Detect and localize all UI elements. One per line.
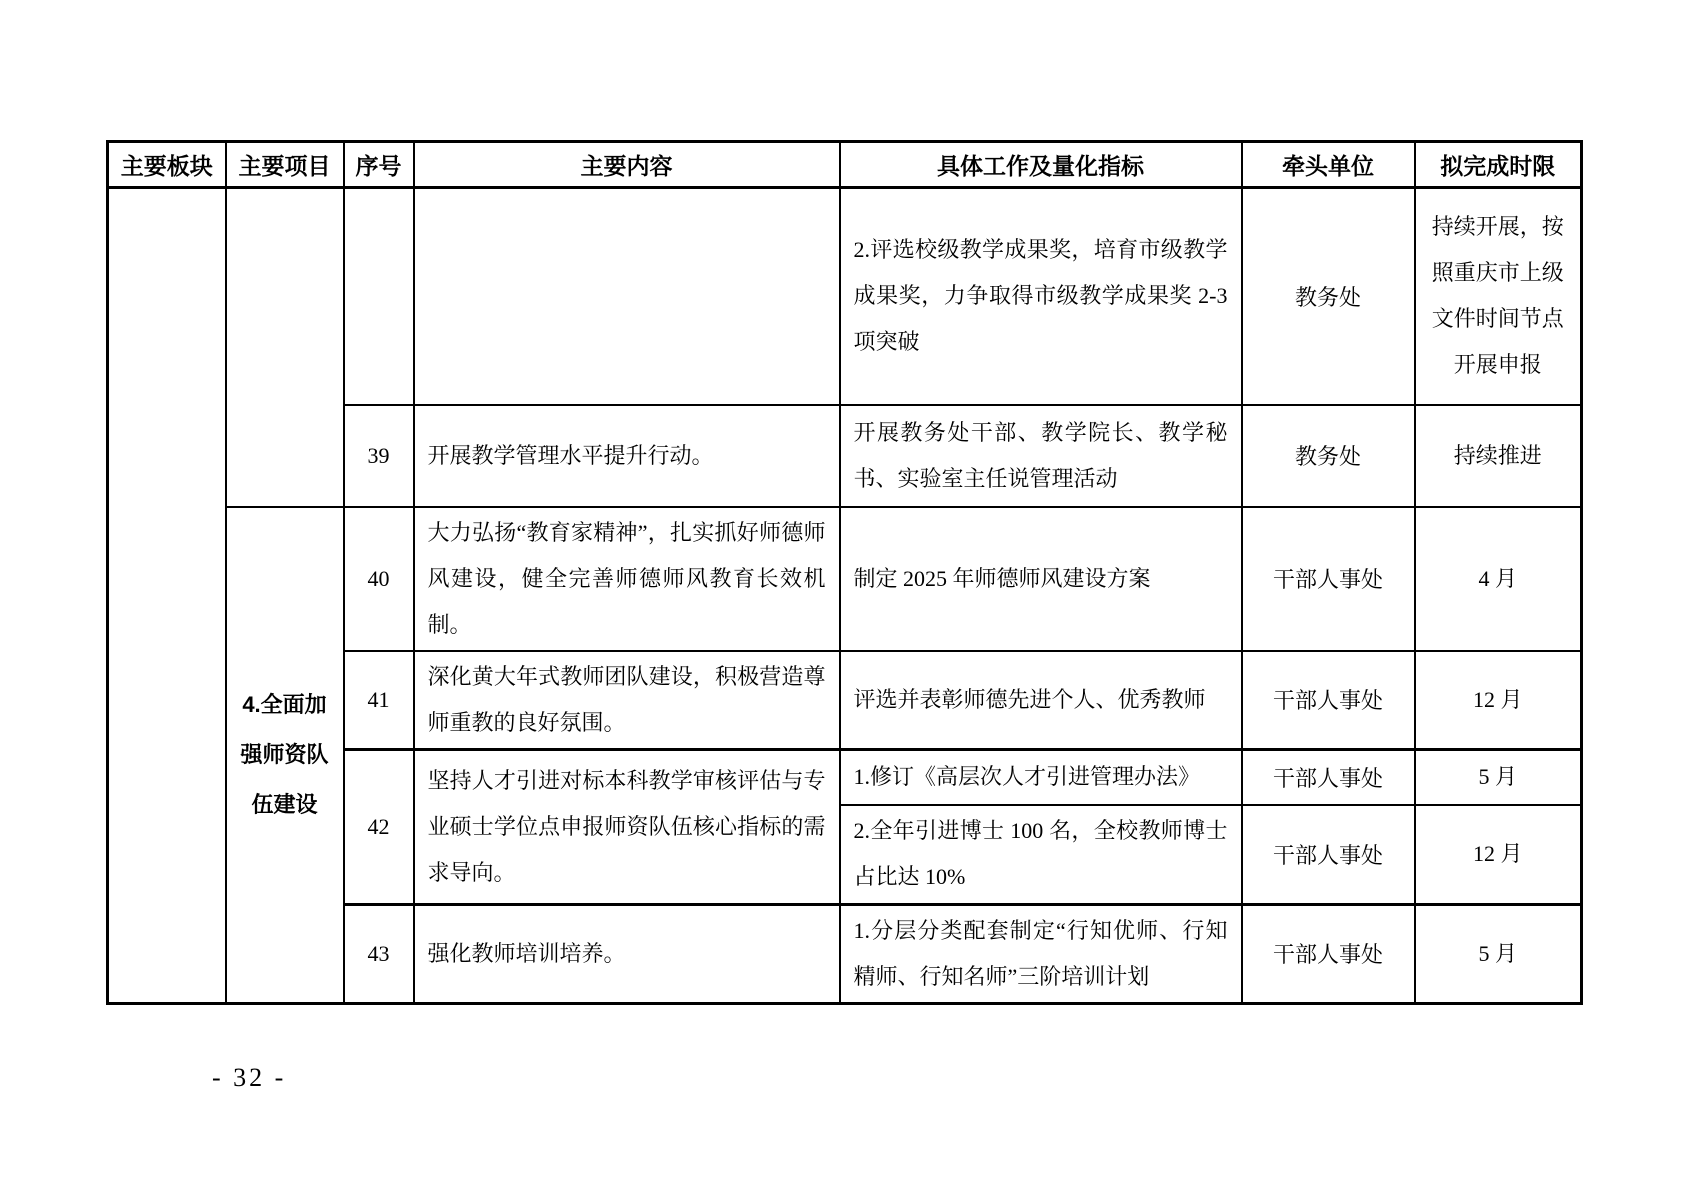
header-row: 主要板块 主要项目 序号 主要内容 具体工作及量化指标 牵头单位 拟完成时限	[108, 142, 1582, 188]
cell-deadline: 5 月	[1415, 749, 1582, 805]
cell-serial-no	[344, 188, 414, 405]
col-header-work-indicators: 具体工作及量化指标	[840, 142, 1242, 188]
cell-serial-no: 40	[344, 507, 414, 651]
cell-deadline: 12 月	[1415, 805, 1582, 904]
cell-main-content: 开展教学管理水平提升行动。	[414, 405, 840, 507]
cell-deadline: 12 月	[1415, 651, 1582, 750]
cell-work-indicator: 评选并表彰师德先进个人、优秀教师	[840, 651, 1242, 750]
cell-deadline: 5 月	[1415, 904, 1582, 1003]
cell-work-indicator: 1.修订《高层次人才引进管理办法》	[840, 749, 1242, 805]
cell-lead-unit: 干部人事处	[1242, 651, 1415, 750]
cell-main-block-empty	[108, 188, 226, 1004]
col-header-lead-unit: 牵头单位	[1242, 142, 1415, 188]
col-header-main-content: 主要内容	[414, 142, 840, 188]
cell-lead-unit: 教务处	[1242, 188, 1415, 405]
cell-lead-unit: 干部人事处	[1242, 507, 1415, 651]
cell-work-indicator: 2.评选校级教学成果奖，培育市级教学成果奖，力争取得市级教学成果奖 2-3 项突…	[840, 188, 1242, 405]
cell-lead-unit: 教务处	[1242, 405, 1415, 507]
col-header-main-block: 主要板块	[108, 142, 226, 188]
cell-deadline: 持续推进	[1415, 405, 1582, 507]
cell-deadline: 持续开展，按照重庆市上级文件时间节点开展申报	[1415, 188, 1582, 405]
cell-serial-no: 41	[344, 651, 414, 750]
col-header-deadline: 拟完成时限	[1415, 142, 1582, 188]
cell-work-indicator: 1.分层分类配套制定“行知优师、行知精师、行知名师”三阶培训计划	[840, 904, 1242, 1003]
cell-main-content: 强化教师培训培养。	[414, 904, 840, 1003]
cell-serial-no: 42	[344, 749, 414, 904]
cell-lead-unit: 干部人事处	[1242, 749, 1415, 805]
cell-project-group: 4.全面加强师资队伍建设	[226, 507, 344, 1004]
cell-deadline: 4 月	[1415, 507, 1582, 651]
cell-main-content: 坚持人才引进对标本科教学审核评估与专业硕士学位点申报师资队伍核心指标的需求导向。	[414, 749, 840, 904]
cell-main-content: 深化黄大年式教师团队建设，积极营造尊师重教的良好氛围。	[414, 651, 840, 750]
cell-serial-no: 39	[344, 405, 414, 507]
cell-work-indicator: 2.全年引进博士 100 名，全校教师博士占比达 10%	[840, 805, 1242, 904]
table-row: 2.评选校级教学成果奖，培育市级教学成果奖，力争取得市级教学成果奖 2-3 项突…	[108, 188, 1582, 405]
cell-work-indicator: 开展教务处干部、教学院长、教学秘书、实验室主任说管理活动	[840, 405, 1242, 507]
col-header-serial-no: 序号	[344, 142, 414, 188]
cell-serial-no: 43	[344, 904, 414, 1003]
cell-lead-unit: 干部人事处	[1242, 805, 1415, 904]
page-number: - 32 -	[212, 1063, 286, 1093]
cell-main-content: 大力弘扬“教育家精神”，扎实抓好师德师风建设，健全完善师德师风教育长效机制。	[414, 507, 840, 651]
table-row: 4.全面加强师资队伍建设 40 大力弘扬“教育家精神”，扎实抓好师德师风建设，健…	[108, 507, 1582, 651]
work-plan-table: 主要板块 主要项目 序号 主要内容 具体工作及量化指标 牵头单位 拟完成时限 2…	[106, 140, 1583, 1005]
cell-lead-unit: 干部人事处	[1242, 904, 1415, 1003]
col-header-main-project: 主要项目	[226, 142, 344, 188]
cell-main-content	[414, 188, 840, 405]
cell-work-indicator: 制定 2025 年师德师风建设方案	[840, 507, 1242, 651]
document-page: 主要板块 主要项目 序号 主要内容 具体工作及量化指标 牵头单位 拟完成时限 2…	[0, 0, 1684, 1191]
cell-project-empty	[226, 188, 344, 507]
